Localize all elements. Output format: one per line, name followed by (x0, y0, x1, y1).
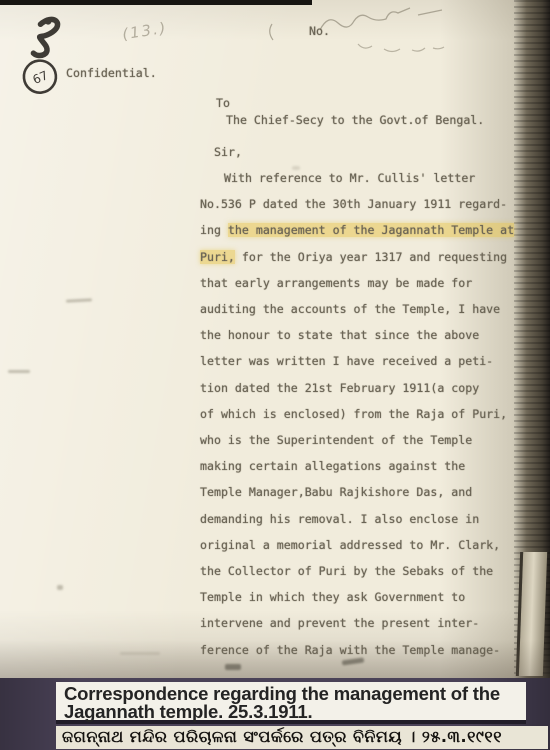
typed-text: for the Oriya year 1317 and requesting (235, 250, 507, 264)
typed-text: tion dated the 21st February 1911(a copy (200, 381, 479, 395)
letter-line: demanding his removal. I also enclose in (200, 506, 534, 532)
typed-text: ference of the Raja with the Temple mana… (200, 643, 500, 657)
letter-line: auditing the accounts of the Temple, I h… (200, 296, 534, 322)
letter-line: the Collector of Puri by the Sebaks of t… (200, 558, 534, 584)
caption-odia-line: ଜଗନ୍ନାଥ ମନ୍ଦିର ପରିଚାଳନା ସଂପର୍କରେ ପତ୍ର ବି… (56, 726, 548, 749)
letter-line: tion dated the 21st February 1911(a copy (200, 375, 534, 401)
classification-label: Confidential. (66, 66, 157, 80)
typed-text: Temple in which they ask Government to (200, 590, 465, 604)
letter-line: making certain allegations against the (200, 453, 534, 479)
letter-line: No.536 P dated the 30th January 1911 reg… (200, 191, 534, 217)
letter-line: of which is enclosed) from the Raja of P… (200, 401, 534, 427)
letter-line: the honour to state that since the above (200, 322, 534, 348)
no-label: No. (309, 24, 330, 38)
typed-text: the honour to state that since the above (200, 328, 479, 342)
smudge-mark (225, 664, 241, 670)
typed-text: intervene and prevent the present inter- (200, 616, 479, 630)
pencil-number-scribble (358, 44, 444, 52)
typed-text: auditing the accounts of the Temple, I h… (200, 302, 500, 316)
typed-text: letter was written I have received a pet… (200, 354, 493, 368)
typed-text: ing (200, 223, 228, 237)
letter-line: ing the management of the Jagannath Temp… (200, 217, 534, 243)
letter-line: Temple in which they ask Government to (200, 584, 534, 610)
pencil-scribble (262, 4, 512, 54)
typed-text: original a memorial addressed to Mr. Cla… (200, 538, 500, 552)
letter-line: letter was written I have received a pet… (200, 348, 534, 374)
scanned-letter-page: 67 (13.) No. Confidential. To The Chief-… (0, 0, 550, 750)
typed-text: demanding his removal. I also enclose in (200, 512, 479, 526)
typed-text: making certain allegations against the (200, 459, 465, 473)
stamp-number: 67 (30, 68, 50, 87)
caption-title-line2: Jagannath temple. 25.3.1911. (64, 703, 526, 721)
letter-line: intervene and prevent the present inter- (200, 610, 534, 636)
pencil-paren-mark (270, 24, 273, 40)
to-label: To (216, 96, 230, 110)
typed-text: who is the Superintendent of the Temple (200, 433, 472, 447)
pencil-heading-scribble (320, 8, 442, 30)
letter-line: original a memorial addressed to Mr. Cla… (200, 532, 534, 558)
typed-text: With reference to Mr. Cullis' letter (224, 171, 475, 185)
highlighted-text: Puri, (200, 250, 235, 264)
highlighted-text: the management of the Jagannath Temple a… (228, 223, 514, 237)
smudge-mark (292, 166, 300, 170)
letter-body: With reference to Mr. Cullis' letterNo.5… (200, 165, 534, 663)
letter-line: ference of the Raja with the Temple mana… (200, 637, 534, 663)
typed-text: that early arrangements may be made for (200, 276, 472, 290)
stamp-flourish (30, 19, 61, 56)
smudge-mark (120, 652, 160, 655)
ink-stamp: 67 (3, 8, 86, 107)
typed-text: of which is enclosed) from the Raja of P… (200, 407, 507, 421)
letter-line: that early arrangements may be made for (200, 270, 534, 296)
smudge-mark (57, 585, 63, 590)
addressee-line: The Chief-Secy to the Govt.of Bengal. (226, 113, 484, 127)
letter-line: who is the Superintendent of the Temple (200, 427, 534, 453)
caption-label: Correspondence regarding the management … (56, 682, 526, 724)
letter-line: Puri, for the Oriya year 1317 and reques… (200, 244, 534, 270)
salutation: Sir, (214, 145, 242, 159)
letter-line: Temple Manager,Babu Rajkishore Das, and (200, 479, 534, 505)
typed-text: No.536 P dated the 30th January 1911 reg… (200, 197, 507, 211)
smudge-mark (8, 370, 30, 373)
typed-text: Temple Manager,Babu Rajkishore Das, and (200, 485, 472, 499)
typed-text: the Collector of Puri by the Sebaks of t… (200, 564, 493, 578)
letter-line: With reference to Mr. Cullis' letter (200, 165, 534, 191)
